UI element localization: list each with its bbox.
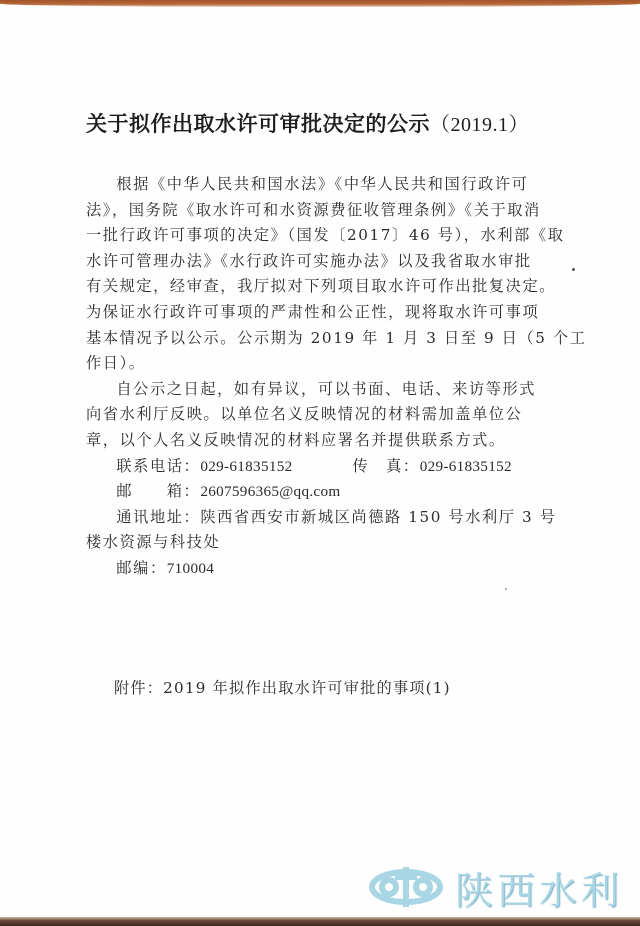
paragraph-legal-basis: 根据《中华人民共和国水法》《中华人民共和国行政许可 法》，国务院《取水许可和水资… <box>86 172 564 377</box>
document-body: 根据《中华人民共和国水法》《中华人民共和国行政许可 法》，国务院《取水许可和水资… <box>86 172 564 582</box>
scan-speck <box>572 268 575 271</box>
email-address: 2607596365@qq.com <box>200 483 340 500</box>
phone-number: 029-61835152 <box>200 458 292 475</box>
text-line: 基本情况予以公示。公示期为 2019 年 1 月 3 日至 9 日（5 个工 <box>86 326 564 352</box>
text-line: 章，以个人名义反映情况的材料应署名并提供联系方式。 <box>86 428 564 454</box>
postcode-label: 邮编： <box>116 559 166 577</box>
address-line-2: 楼水资源与科技处 <box>86 530 564 556</box>
title-text: 关于拟作出取水许可审批决定的公示 <box>86 112 430 136</box>
fax-label: 传 真： <box>353 457 420 475</box>
postcode-value: 710004 <box>167 560 214 577</box>
text-line: 有关规定，经审查，我厅拟对下列项目取水许可作出批复决定。 <box>86 274 564 300</box>
text-line: 自公示之日起，如有异议，可以书面、电话、来访等形式 <box>86 377 564 403</box>
fax-number: 029-61835152 <box>420 458 512 475</box>
text-line: 法》，国务院《取水许可和水资源费征收管理条例》《关于取消 <box>86 198 564 224</box>
shaanxi-water-logo-icon <box>367 865 445 909</box>
paragraph-objection: 自公示之日起，如有异议，可以书面、电话、来访等形式 向省水利厅反映。以单位名义反… <box>86 377 564 454</box>
text-line: 一批行政许可事项的决定》（国发〔2017〕46 号），水利部《取 <box>86 223 564 249</box>
address-text: 陕西省西安市新城区尚德路 150 号水利厅 3 号 <box>200 508 556 526</box>
postcode-line: 邮编：710004 <box>86 556 564 582</box>
phone-label: 联系电话： <box>116 457 200 475</box>
text-line: 水许可管理办法》《水行政许可实施办法》以及我省取水审批 <box>86 249 564 275</box>
phone-fax-line: 联系电话：029-61835152传 真：029-61835152 <box>86 454 564 480</box>
text-line: 向省水利厅反映。以单位名义反映情况的材料需加盖单位公 <box>86 402 564 428</box>
email-label: 邮 箱： <box>116 482 200 500</box>
email-line: 邮 箱：2607596365@qq.com <box>86 479 564 505</box>
attachment-note: 附件：2019 年拟作出取水许可审批的事项(1) <box>114 677 451 698</box>
text-line: 根据《中华人民共和国水法》《中华人民共和国行政许可 <box>86 172 564 198</box>
watermark-logo: 陕西水利 <box>367 862 623 912</box>
text-line: 作日）。 <box>86 351 564 377</box>
contact-info: 联系电话：029-61835152传 真：029-61835152 邮 箱：26… <box>86 454 564 582</box>
address-line: 通讯地址：陕西省西安市新城区尚德路 150 号水利厅 3 号 <box>86 505 564 531</box>
text-line: 为保证水行政许可事项的严肃性和公正性，现将取水许可事项 <box>86 300 564 326</box>
title-date: （2019.1） <box>430 114 529 136</box>
document-title: 关于拟作出取水许可审批决定的公示（2019.1） <box>86 108 606 138</box>
table-edge-bottom <box>0 917 640 926</box>
address-label: 通讯地址： <box>116 508 200 526</box>
table-edge-top <box>0 0 640 7</box>
scan-speck <box>505 588 507 590</box>
watermark-text: 陕西水利 <box>455 860 623 915</box>
